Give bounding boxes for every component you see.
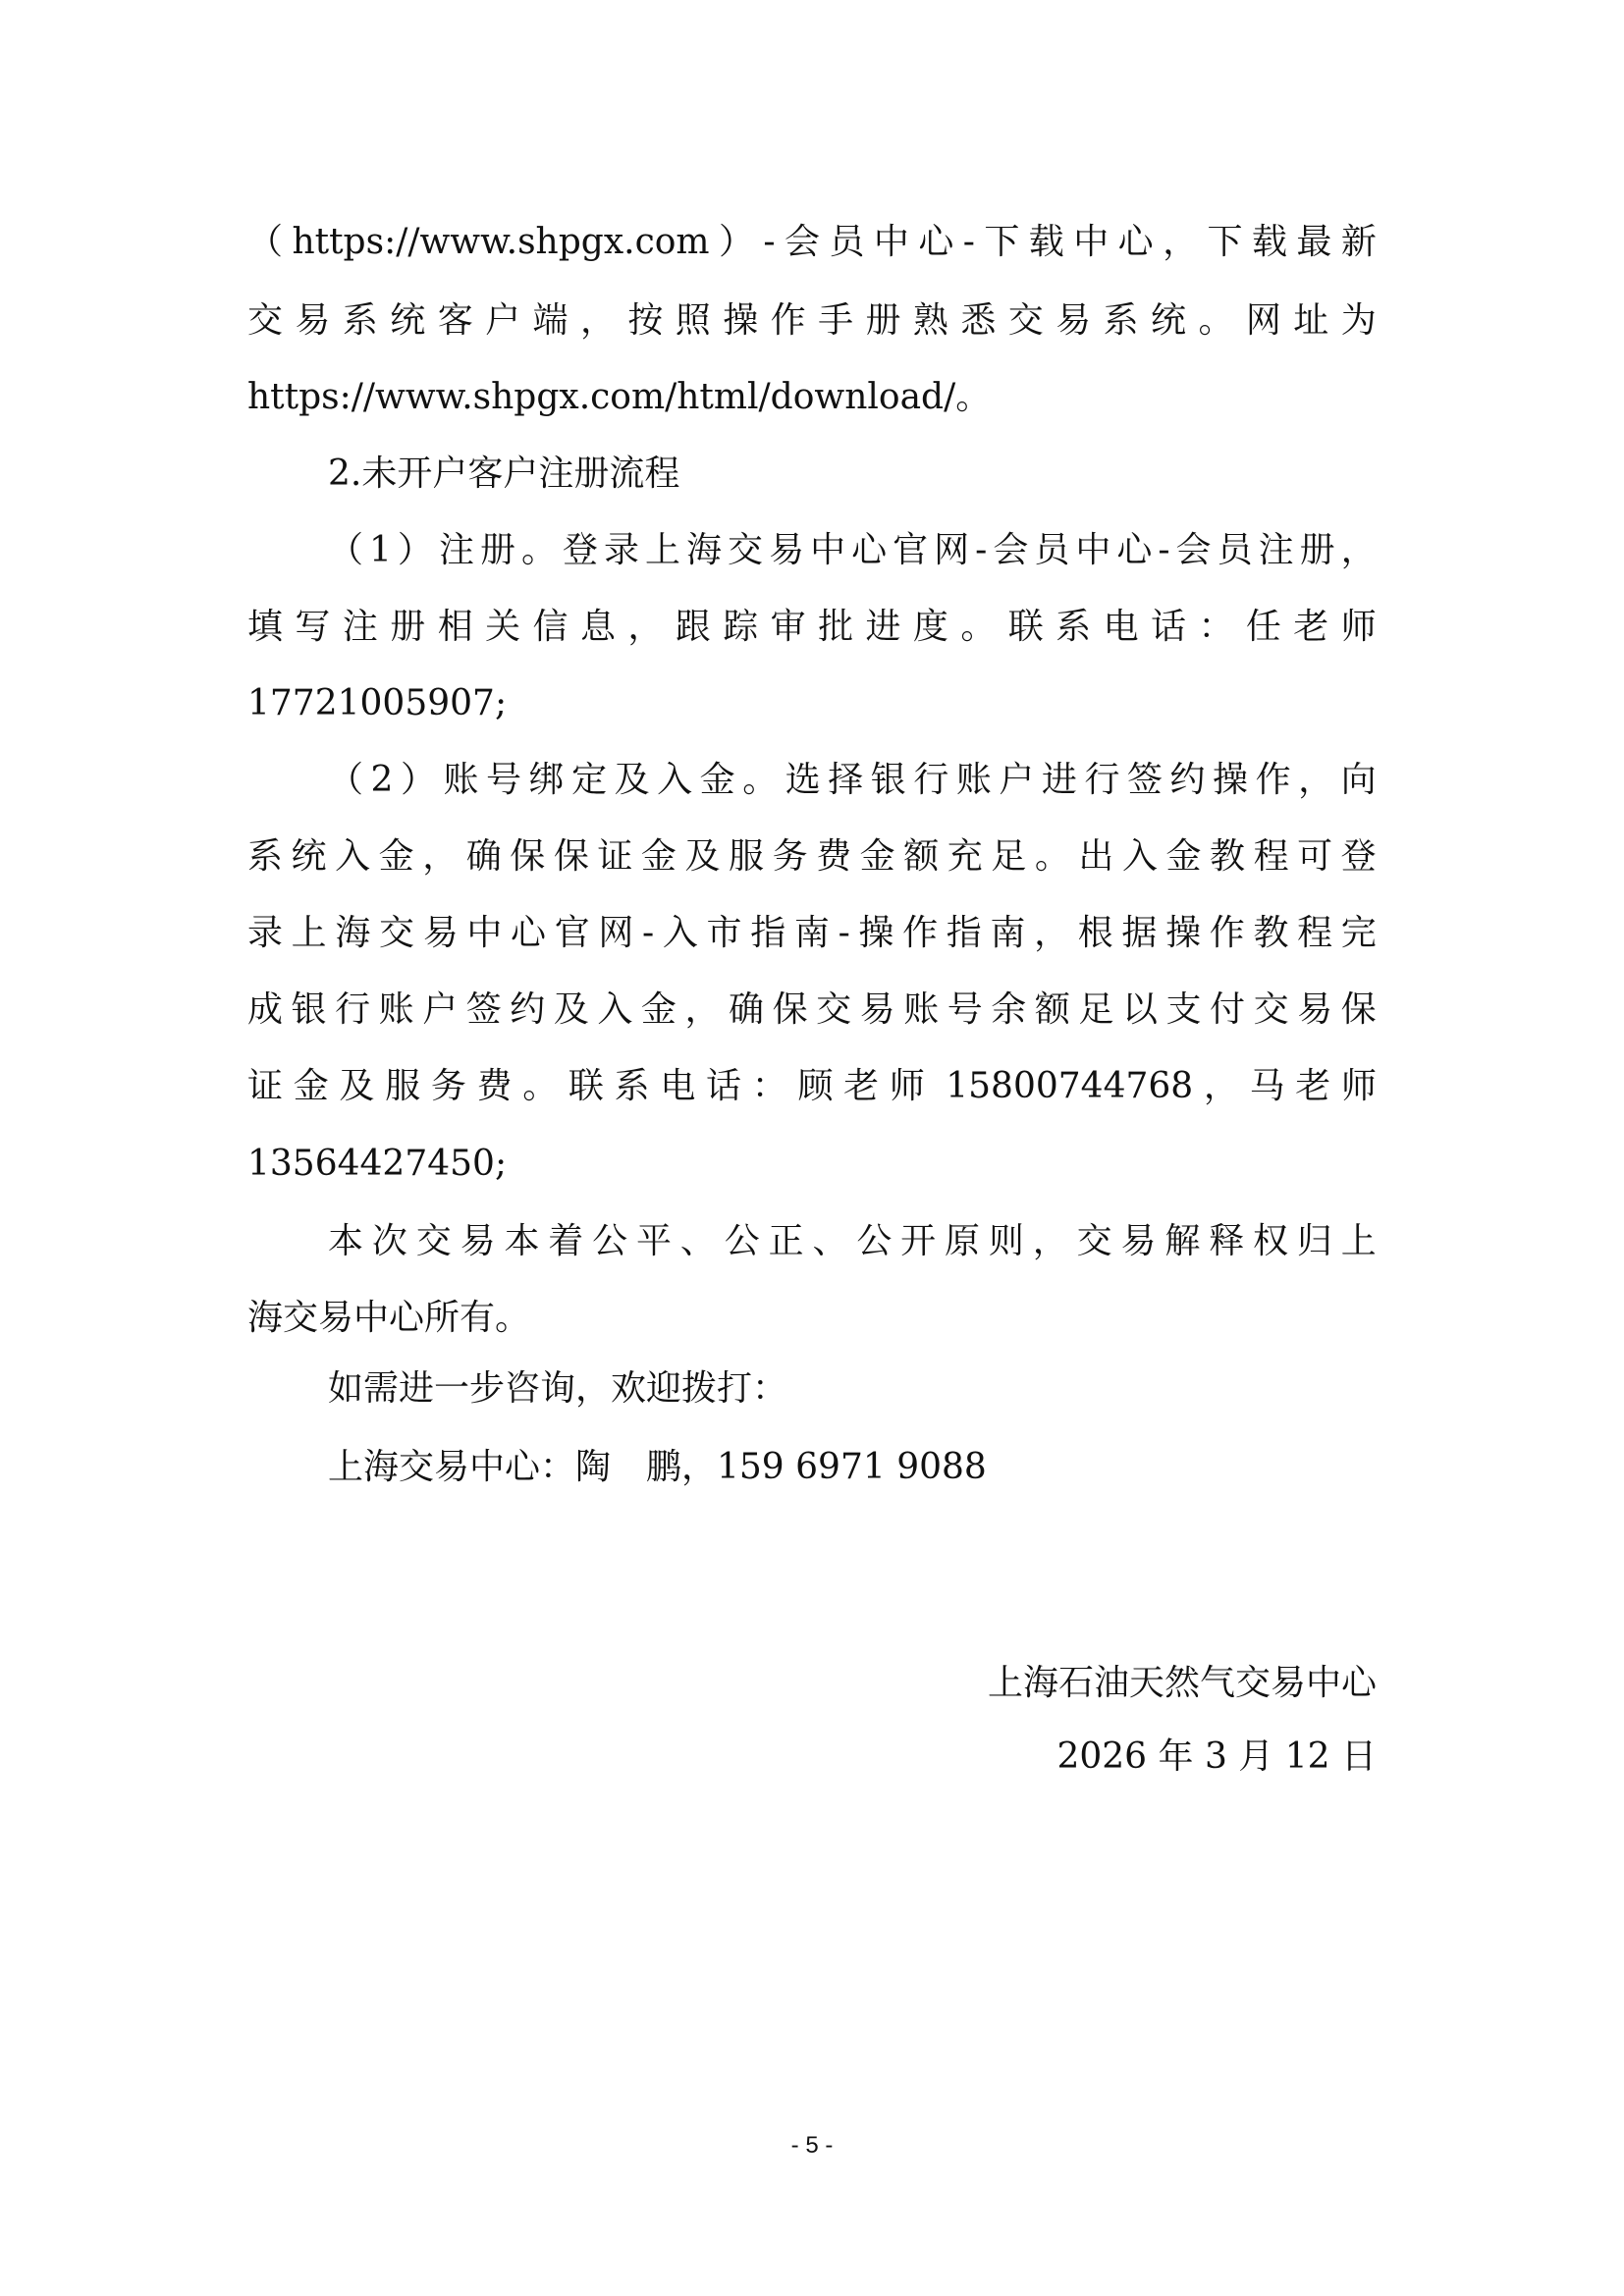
download-paragraph-line-1: （https://www.shpgx.com）-会员中心-下载中心，下载最新 bbox=[247, 221, 1377, 264]
contact-line: 上海交易中心：陶 鹏，159 6971 9088 bbox=[328, 1446, 1377, 1489]
section-heading: 2.未开户客户注册流程 bbox=[328, 453, 1377, 496]
download-url-line: https://www.shpgx.com/html/download/。 bbox=[247, 376, 1377, 419]
principle-line-2: 海交易中心所有。 bbox=[247, 1297, 1377, 1340]
step1-line-2: 填写注册相关信息，跟踪审批进度。联系电话：任老师 bbox=[247, 606, 1377, 649]
principle-line-1: 本次交易本着公平、公正、公开原则，交易解释权归上 bbox=[328, 1220, 1377, 1263]
signature-date: 2026 年 3 月 12 日 bbox=[785, 1735, 1377, 1779]
step2-line-5: 证金及服务费。联系电话：顾老师 15800744768，马老师 bbox=[247, 1065, 1377, 1108]
signature-organization: 上海石油天然气交易中心 bbox=[785, 1662, 1377, 1705]
download-paragraph-line-2: 交易系统客户端，按照操作手册熟悉交易系统。网址为 bbox=[247, 299, 1377, 343]
contact-intro: 如需进一步咨询，欢迎拨打： bbox=[328, 1367, 1377, 1411]
page-number: - 5 - bbox=[763, 2128, 861, 2163]
step1-line-1: （1）注册。登录上海交易中心官网-会员中心-会员注册， bbox=[328, 529, 1377, 572]
step1-phone-line: 17721005907; bbox=[247, 682, 1377, 725]
step2-line-3: 录上海交易中心官网-入市指南-操作指南，根据操作教程完 bbox=[247, 912, 1377, 955]
document-page: （https://www.shpgx.com）-会员中心-下载中心，下载最新 交… bbox=[0, 0, 1624, 2296]
step2-line-1: （2）账号绑定及入金。选择银行账户进行签约操作，向 bbox=[328, 759, 1377, 802]
step2-line-4: 成银行账户签约及入金，确保交易账号余额足以支付交易保 bbox=[247, 988, 1377, 1032]
step2-line-2: 系统入金，确保保证金及服务费金额充足。出入金教程可登 bbox=[247, 835, 1377, 879]
step2-phone-line: 13564427450; bbox=[247, 1143, 1377, 1186]
